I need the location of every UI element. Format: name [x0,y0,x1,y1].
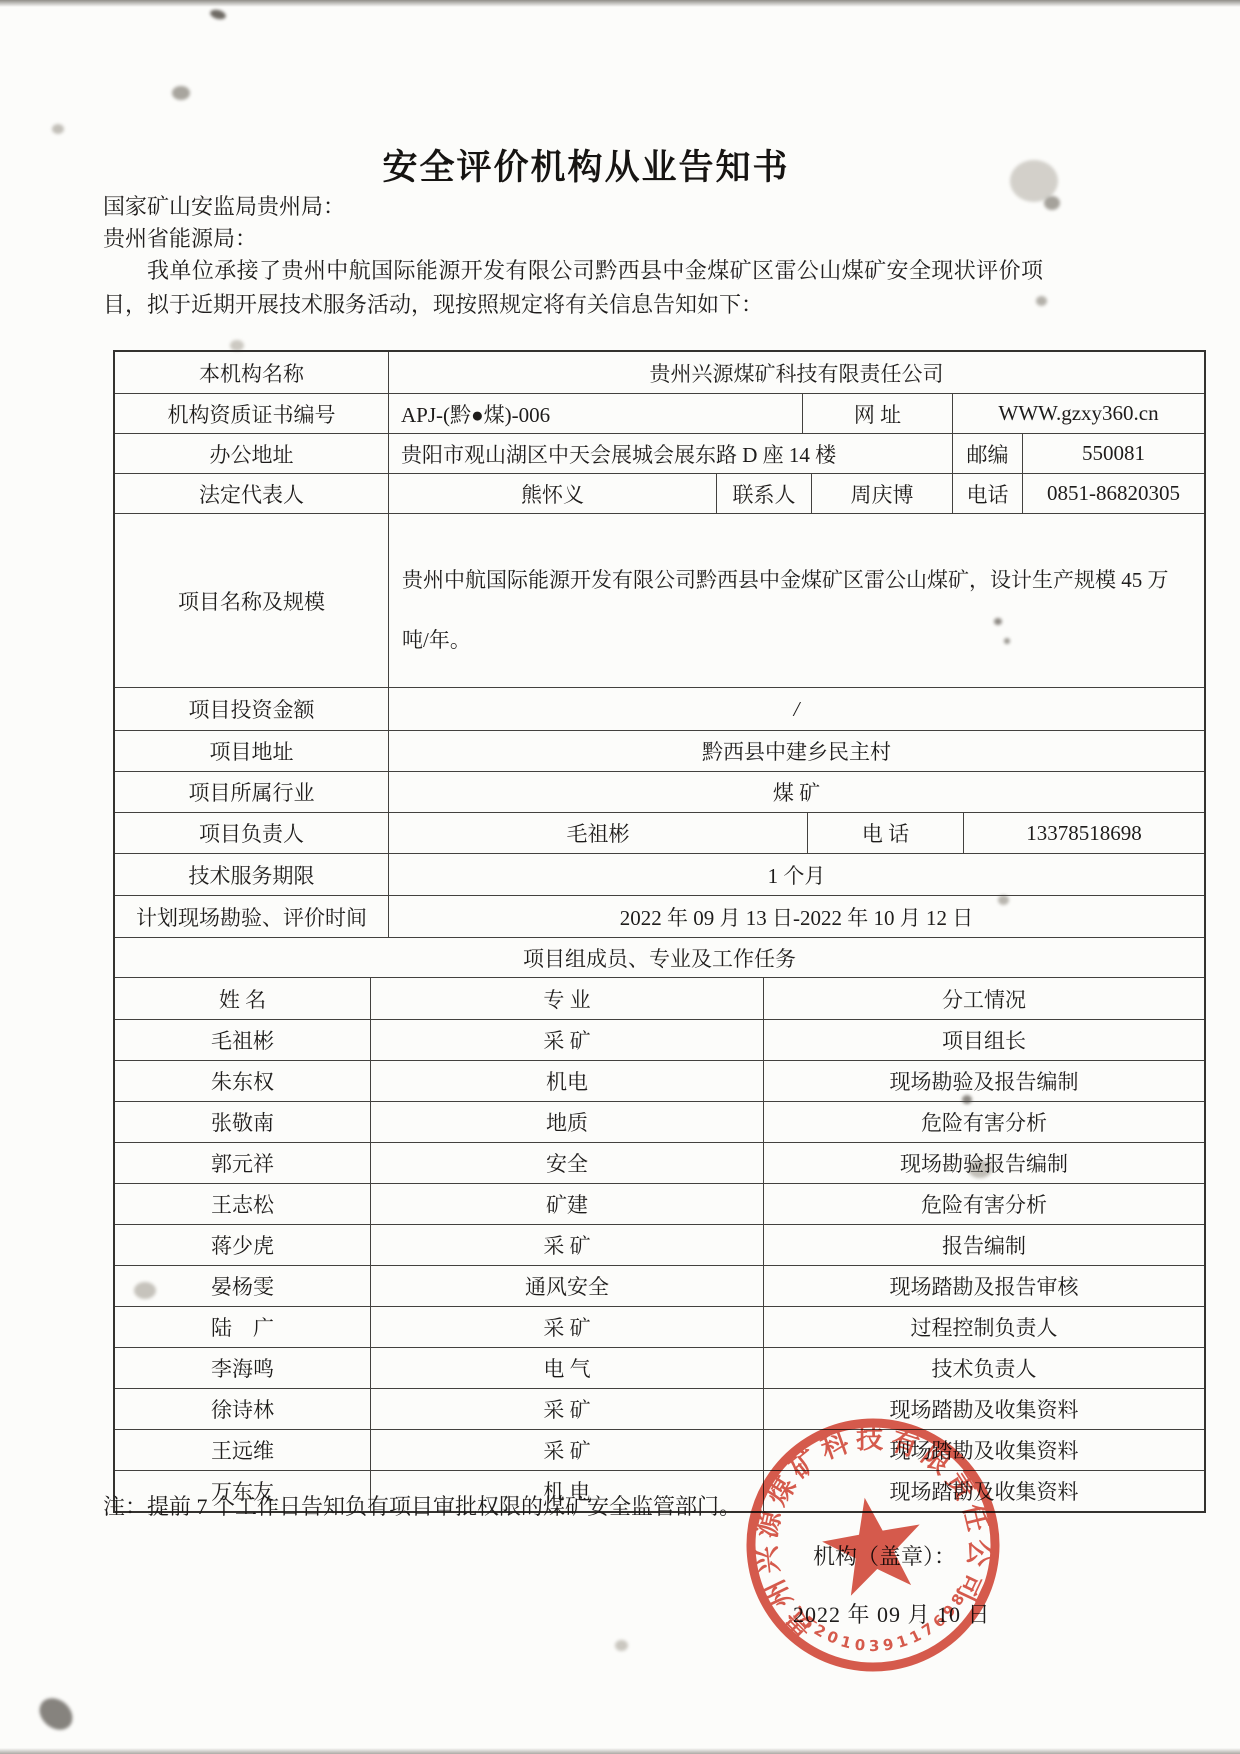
phone-label: 电话 [952,474,1022,513]
investment-label: 项目投资金额 [115,688,388,730]
intro-paragraph: 我单位承接了贵州中航国际能源开发有限公司黔西县中金煤矿区雷公山煤矿安全现状评价项… [103,254,1043,322]
col-header-major: 专 业 [370,978,763,1019]
industry-value: 煤 矿 [388,772,1204,812]
scan-artifact [172,86,190,100]
project-address-value: 黔西县中建乡民主村 [388,731,1204,771]
team-member-row: 王远维 采 矿 现场踏勘及收集资料 [115,1429,1204,1470]
row-leader: 项目负责人 毛祖彬 电 话 13378518698 [115,812,1204,853]
member-major: 采 矿 [370,1307,763,1347]
member-duty: 过程控制负责人 [763,1307,1204,1347]
recipient-line-2: 贵州省能源局： [103,222,257,253]
member-major: 采 矿 [370,1389,763,1429]
row-legal-rep: 法定代表人 熊怀义 联系人 周庆博 电话 0851-86820305 [115,473,1204,513]
team-member-row: 晏杨雯 通风安全 现场踏勘及报告审核 [115,1265,1204,1306]
contact-value: 周庆博 [811,474,952,513]
seal-star-icon [816,1489,930,1599]
schedule-value: 2022 年 09 月 13 日-2022 年 10 月 12 日 [388,896,1204,937]
schedule-label: 计划现场勘验、评价时间 [115,896,388,937]
scan-edge-top [0,0,1240,7]
member-major: 地质 [370,1102,763,1142]
leader-phone-value: 13378518698 [963,813,1204,853]
row-project-address: 项目地址 黔西县中建乡民主村 [115,730,1204,771]
member-name: 郭元祥 [115,1143,370,1183]
member-duty: 现场勘验报告编制 [763,1143,1204,1183]
team-member-row: 朱东权 机电 现场勘验及报告编制 [115,1060,1204,1101]
member-major: 安全 [370,1143,763,1183]
phone-value: 0851-86820305 [1022,474,1204,513]
company-seal-stamp: 贵州兴源煤矿科技有限责任公司 5201039117698 [711,1383,1035,1707]
duration-label: 技术服务期限 [115,854,388,895]
legal-rep-value: 熊怀义 [388,474,716,513]
member-name: 徐诗林 [115,1389,370,1429]
member-major: 采 矿 [370,1225,763,1265]
member-name: 王远维 [115,1430,370,1470]
row-investment: 项目投资金额 / [115,687,1204,730]
member-duty: 项目组长 [763,1020,1204,1060]
member-name: 毛祖彬 [115,1020,370,1060]
member-major: 电 气 [370,1348,763,1388]
leader-label: 项目负责人 [115,813,388,853]
office-value: 贵阳市观山湖区中天会展城会展东路 D 座 14 楼 [388,434,952,473]
org-name-value: 贵州兴源煤矿科技有限责任公司 [388,352,1204,393]
scan-artifact [1044,196,1060,210]
project-name-line2: 吨/年。 [402,610,471,670]
scan-artifact [209,8,227,21]
team-member-row: 郭元祥 安全 现场勘验报告编制 [115,1142,1204,1183]
team-member-row: 张敬南 地质 危险有害分析 [115,1101,1204,1142]
postcode-value: 550081 [1022,434,1204,473]
team-member-row: 毛祖彬 采 矿 项目组长 [115,1019,1204,1060]
member-duty: 现场踏勘及报告审核 [763,1266,1204,1306]
leader-phone-label: 电 话 [807,813,963,853]
office-label: 办公地址 [115,434,388,473]
team-member-row: 陆 广 采 矿 过程控制负责人 [115,1306,1204,1347]
website-value: WWW.gzxy360.cn [952,394,1204,433]
member-major: 矿建 [370,1184,763,1224]
col-header-duty: 分工情况 [763,978,1204,1019]
postcode-label: 邮编 [952,434,1022,473]
member-duty: 技术负责人 [763,1348,1204,1388]
org-name-label: 本机构名称 [115,352,388,393]
website-label: 网 址 [802,394,952,433]
member-duty: 危险有害分析 [763,1102,1204,1142]
page-title: 安全评价机构从业告知书 [0,140,1172,190]
row-duration: 技术服务期限 1 个月 [115,853,1204,895]
team-member-row: 李海鸣 电 气 技术负责人 [115,1347,1204,1388]
scan-artifact [52,124,64,134]
scan-artifact [33,1692,79,1737]
industry-label: 项目所属行业 [115,772,388,812]
row-office: 办公地址 贵阳市观山湖区中天会展城会展东路 D 座 14 楼 邮编 550081 [115,433,1204,473]
col-header-name: 姓 名 [115,978,370,1019]
member-name: 朱东权 [115,1061,370,1101]
member-duty: 现场勘验及报告编制 [763,1061,1204,1101]
team-header: 项目组成员、专业及工作任务 [115,938,1204,977]
member-name: 晏杨雯 [115,1266,370,1306]
project-name-value: 贵州中航国际能源开发有限公司黔西县中金煤矿区雷公山煤矿，设计生产规模 45 万 … [388,514,1204,687]
legal-rep-label: 法定代表人 [115,474,388,513]
team-member-row: 徐诗林 采 矿 现场踏勘及收集资料 [115,1388,1204,1429]
row-schedule: 计划现场勘验、评价时间 2022 年 09 月 13 日-2022 年 10 月… [115,895,1204,937]
document-page: 安全评价机构从业告知书 国家矿山安监局贵州局： 贵州省能源局： 我单位承接了贵州… [0,0,1240,1754]
recipient-line-1: 国家矿山安监局贵州局： [103,190,345,221]
row-team-header: 项目组成员、专业及工作任务 [115,937,1204,977]
footnote: 注：提前 7 个工作日告知负有项目审批权限的煤矿安全监管部门。 [103,1490,741,1521]
info-table: 本机构名称 贵州兴源煤矿科技有限责任公司 机构资质证书编号 APJ-(黔●煤)-… [113,350,1206,1513]
member-duty: 报告编制 [763,1225,1204,1265]
project-name-line1: 贵州中航国际能源开发有限公司黔西县中金煤矿区雷公山煤矿，设计生产规模 45 万 [402,550,1169,610]
member-name: 王志松 [115,1184,370,1224]
member-name: 陆 广 [115,1307,370,1347]
cert-label: 机构资质证书编号 [115,394,388,433]
member-duty: 危险有害分析 [763,1184,1204,1224]
member-name: 李海鸣 [115,1348,370,1388]
project-address-label: 项目地址 [115,731,388,771]
team-member-row: 蒋少虎 采 矿 报告编制 [115,1224,1204,1265]
scan-edge-bottom [0,1748,1240,1754]
member-major: 采 矿 [370,1020,763,1060]
project-name-label: 项目名称及规模 [115,514,388,687]
member-major: 采 矿 [370,1430,763,1470]
duration-value: 1 个月 [388,854,1204,895]
row-project-name: 项目名称及规模 贵州中航国际能源开发有限公司黔西县中金煤矿区雷公山煤矿，设计生产… [115,513,1204,687]
leader-value: 毛祖彬 [388,813,807,853]
investment-value: / [388,688,1204,730]
row-org-name: 本机构名称 贵州兴源煤矿科技有限责任公司 [115,352,1204,393]
member-name: 张敬南 [115,1102,370,1142]
member-name: 蒋少虎 [115,1225,370,1265]
cert-value: APJ-(黔●煤)-006 [388,394,802,433]
contact-label: 联系人 [716,474,811,513]
member-major: 通风安全 [370,1266,763,1306]
row-team-columns: 姓 名 专 业 分工情况 [115,977,1204,1019]
row-cert: 机构资质证书编号 APJ-(黔●煤)-006 网 址 WWW.gzxy360.c… [115,393,1204,433]
member-major: 机电 [370,1061,763,1101]
team-member-row: 王志松 矿建 危险有害分析 [115,1183,1204,1224]
scan-artifact [615,1640,628,1651]
row-industry: 项目所属行业 煤 矿 [115,771,1204,812]
